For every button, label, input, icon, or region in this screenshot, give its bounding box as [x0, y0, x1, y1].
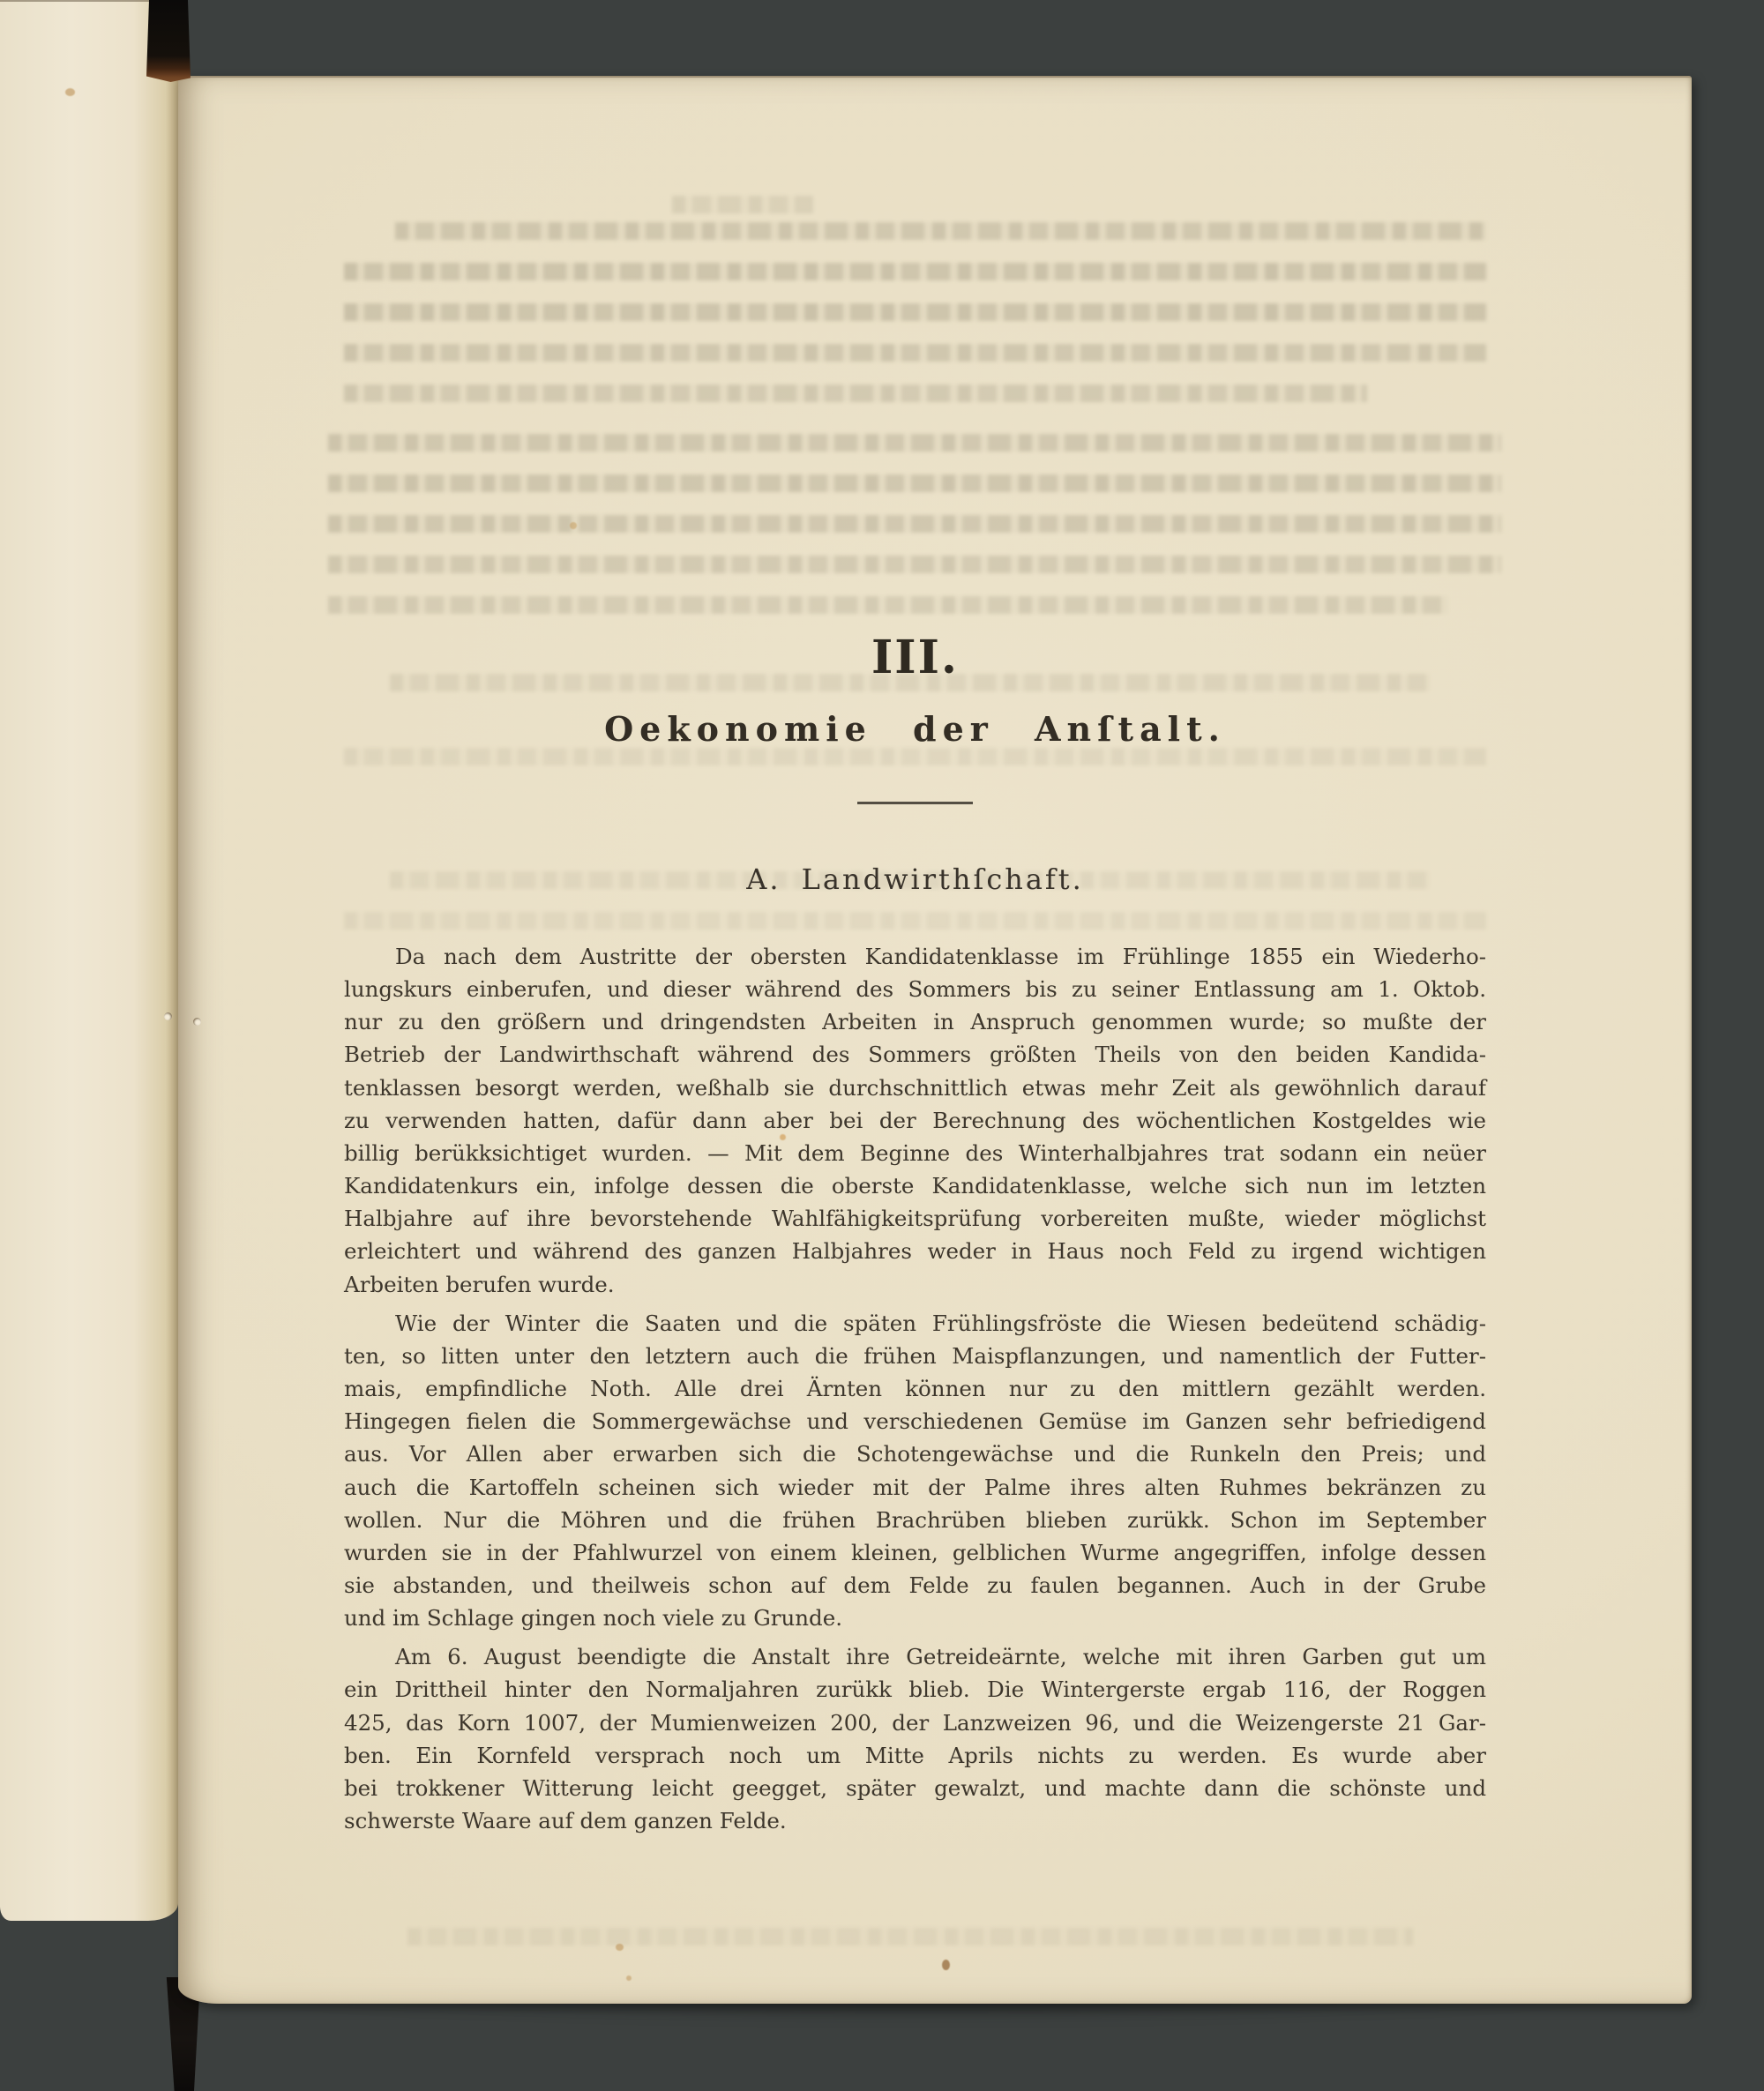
show-through-line — [344, 263, 1486, 280]
text-line: billig berükksichtiget wurden. — Mit dem… — [344, 1137, 1486, 1169]
show-through-line — [328, 474, 1501, 492]
show-through-line — [344, 303, 1486, 321]
text-line: bei trokkener Witterung leicht geegget, … — [344, 1772, 1486, 1804]
text-line: Arbeiten berufen wurde. — [344, 1268, 1486, 1301]
show-through-line — [672, 196, 813, 213]
text-line: nur zu den größern und dringendsten Arbe… — [344, 1005, 1486, 1038]
show-through-line — [328, 596, 1448, 614]
text-line: Wie der Winter die Saaten und die späten… — [344, 1307, 1486, 1340]
paragraph-3: Am 6. August beendigte die Anstalt ihre … — [344, 1640, 1486, 1837]
foxing-spot — [616, 1944, 624, 1951]
foxing-spot — [626, 1975, 632, 1981]
text-line: tenklassen besorgt werden, weßhalb sie d… — [344, 1072, 1486, 1104]
text-line: Halbjahre auf ihre bevorstehende Wahlfäh… — [344, 1202, 1486, 1235]
facing-page-edge — [0, 0, 178, 1921]
text-line: Da nach dem Austritte der obersten Kandi… — [344, 940, 1486, 973]
show-through-line — [407, 1928, 1413, 1945]
section-divider-rule — [857, 802, 973, 804]
text-line: sie abstanden, und theilweis schon auf d… — [344, 1569, 1486, 1602]
text-line: ben. Ein Kornfeld versprach noch um Mitt… — [344, 1739, 1486, 1772]
text-line: wurden sie in der Pfahlwurzel von einem … — [344, 1536, 1486, 1569]
show-through-line — [395, 222, 1486, 240]
paragraph-1: Da nach dem Austritte der obersten Kandi… — [344, 940, 1486, 1301]
foxing-spot — [570, 522, 577, 529]
text-line: erleichtert und während des ganzen Halbj… — [344, 1235, 1486, 1267]
show-through-line — [328, 515, 1501, 533]
show-through-line — [328, 556, 1501, 573]
text-line: ten, so litten unter den letztern auch d… — [344, 1340, 1486, 1372]
text-line: Am 6. August beendigte die Anstalt ihre … — [344, 1640, 1486, 1673]
text-line: 425, das Korn 1007, der Mumienweizen 200… — [344, 1706, 1486, 1739]
sewing-hole — [164, 1012, 172, 1020]
book-page: III. Oekonomie der Anſtalt. A. Landwirth… — [178, 76, 1692, 2004]
text-line: auch die Kartoffeln scheinen sich wieder… — [344, 1471, 1486, 1504]
body-text: Da nach dem Austritte der obersten Kandi… — [344, 940, 1486, 1843]
show-through-line — [344, 385, 1367, 402]
show-through-line — [344, 912, 1486, 930]
foxing-spot — [780, 1134, 786, 1140]
text-line: aus. Vor Allen aber erwarben sich die Sc… — [344, 1438, 1486, 1470]
foxing-spot — [942, 1960, 950, 1970]
subsection-title: A. Landwirthſchaft. — [344, 863, 1486, 896]
text-line: und im Schlage gingen noch viele zu Grun… — [344, 1602, 1486, 1634]
book-scan: III. Oekonomie der Anſtalt. A. Landwirth… — [0, 0, 1764, 2091]
text-line: Betrieb der Landwirthschaft während des … — [344, 1038, 1486, 1071]
text-line: zu verwenden hatten, dafür dann aber bei… — [344, 1104, 1486, 1137]
section-title: Oekonomie der Anſtalt. — [344, 709, 1486, 750]
text-line: lungskurs einberufen, und dieser während… — [344, 973, 1486, 1005]
text-line: wollen. Nur die Möhren und die frühen Br… — [344, 1504, 1486, 1536]
sewing-hole — [193, 1018, 201, 1026]
show-through-line — [344, 344, 1486, 362]
show-through-line — [344, 748, 1486, 765]
bookmark-ribbon-top — [146, 0, 191, 82]
text-line: Hingegen fielen die Sommergewächse und v… — [344, 1405, 1486, 1438]
show-through-line — [328, 434, 1501, 452]
text-line: schwerste Waare auf dem ganzen Felde. — [344, 1804, 1486, 1837]
text-line: Kandidatenkurs ein, infolge dessen die o… — [344, 1169, 1486, 1202]
paragraph-2: Wie der Winter die Saaten und die späten… — [344, 1307, 1486, 1635]
foxing-spot — [65, 88, 75, 96]
section-number: III. — [344, 635, 1486, 681]
text-line: mais, empfindliche Noth. Alle drei Ärnte… — [344, 1372, 1486, 1405]
text-line: ein Drittheil hinter den Normaljahren zu… — [344, 1673, 1486, 1706]
